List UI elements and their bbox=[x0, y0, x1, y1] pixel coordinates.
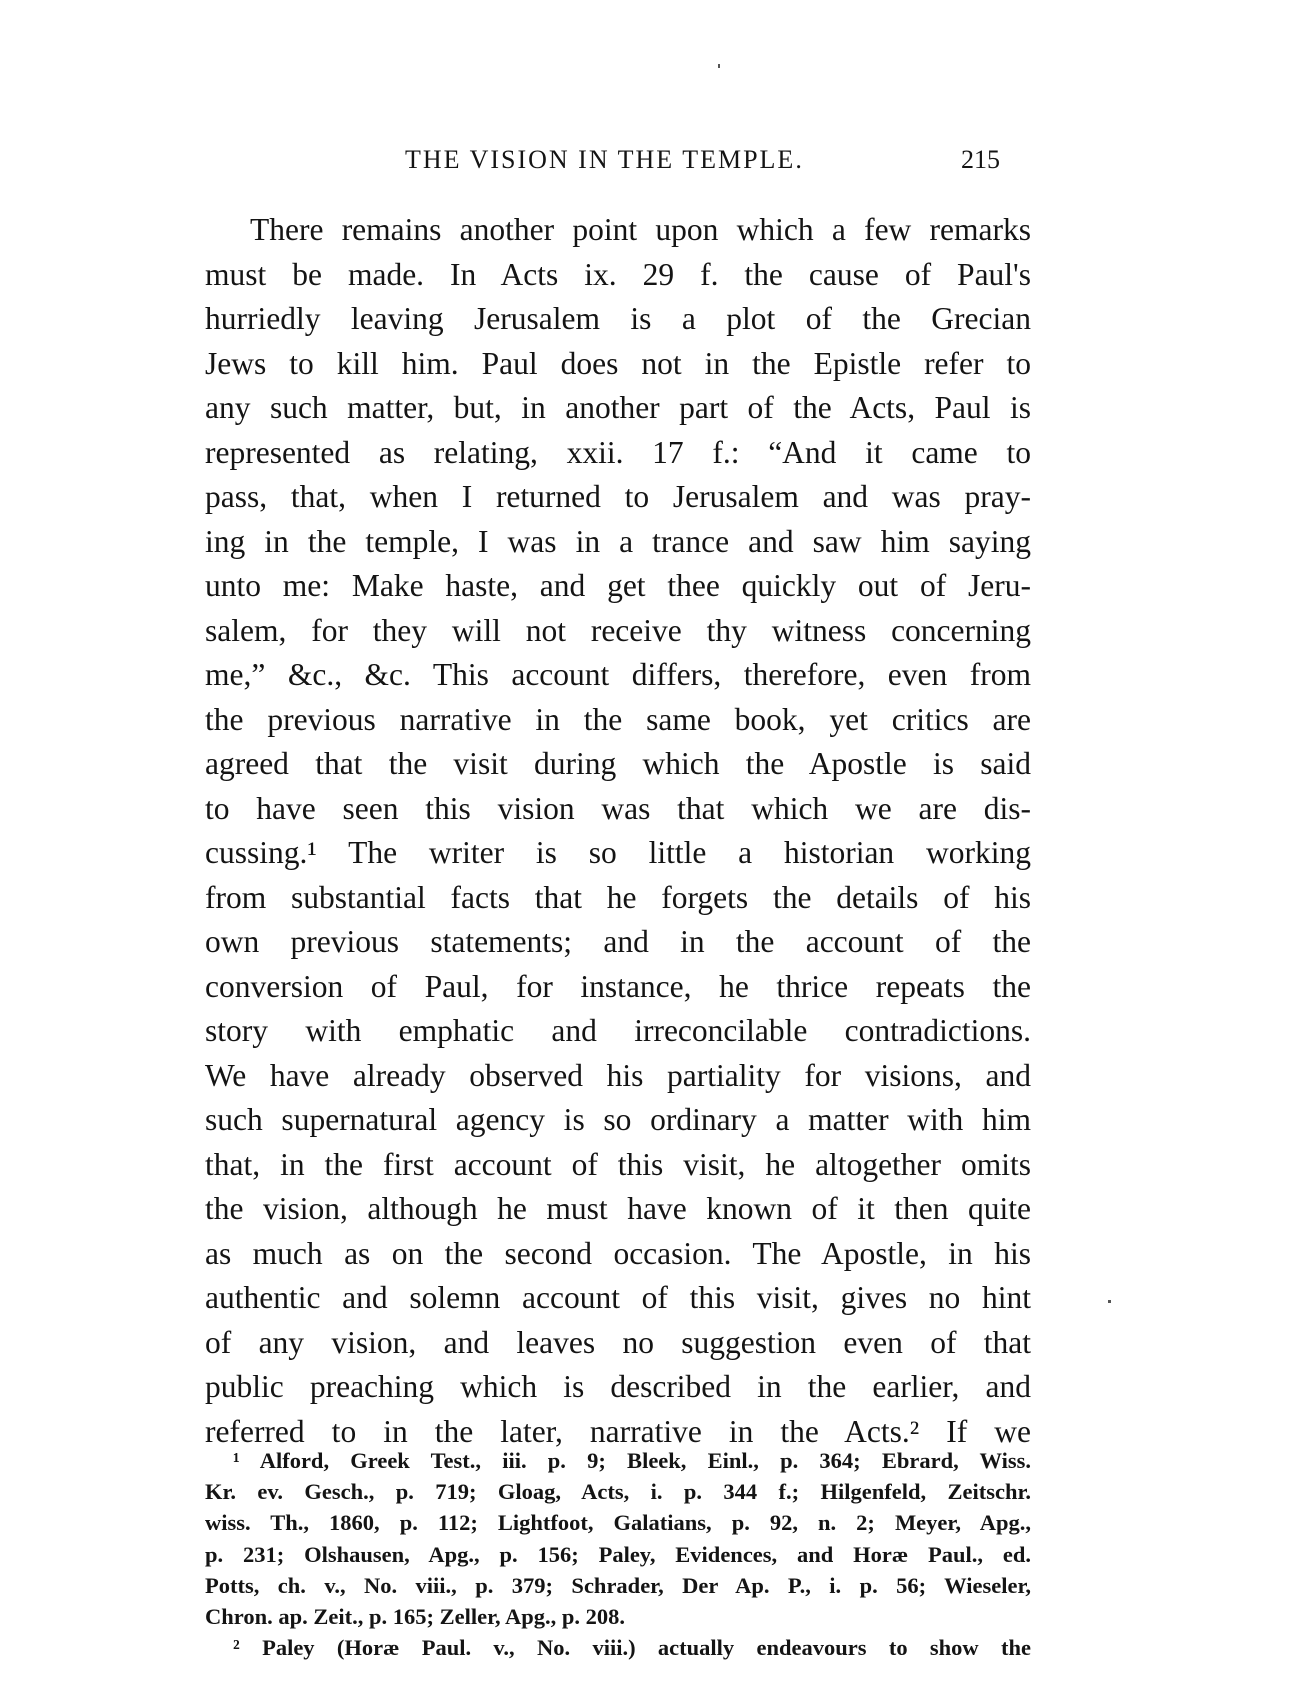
text-line: of any vision, and leaves no suggestion … bbox=[205, 1321, 1031, 1366]
text-line: There remains another point upon which a… bbox=[205, 208, 1031, 253]
footnote-1-line: wiss. Th., 1860, p. 112; Lightfoot, Gala… bbox=[205, 1507, 1031, 1538]
text-line: ing in the temple, I was in a trance and… bbox=[205, 520, 1031, 565]
footnote-1-line: p. 231; Olshausen, Apg., p. 156; Paley, … bbox=[205, 1539, 1031, 1570]
footnotes: ¹ Alford, Greek Test., iii. p. 9; Bleek,… bbox=[205, 1445, 1031, 1663]
footnote-1-line: Kr. ev. Gesch., p. 719; Gloag, Acts, i. … bbox=[205, 1476, 1031, 1507]
page-header: THE VISION IN THE TEMPLE. 215 bbox=[190, 145, 1030, 185]
text-line: must be made. In Acts ix. 29 f. the caus… bbox=[205, 253, 1031, 298]
text-line: agreed that the visit during which the A… bbox=[205, 742, 1031, 787]
footnote-1-line: Chron. ap. Zeit., p. 165; Zeller, Apg., … bbox=[205, 1601, 1031, 1632]
scan-speck bbox=[1108, 1300, 1111, 1303]
text-line: conversion of Paul, for instance, he thr… bbox=[205, 965, 1031, 1010]
text-line: such supernatural agency is so ordinary … bbox=[205, 1098, 1031, 1143]
text-line: cussing.¹ The writer is so little a hist… bbox=[205, 831, 1031, 876]
text-line: public preaching which is described in t… bbox=[205, 1365, 1031, 1410]
text-line: the previous narrative in the same book,… bbox=[205, 698, 1031, 743]
page-number: 215 bbox=[961, 145, 1000, 175]
text-line: any such matter, but, in another part of… bbox=[205, 386, 1031, 431]
text-line: pass, that, when I returned to Jerusalem… bbox=[205, 475, 1031, 520]
footnote-2-line: ² Paley (Horæ Paul. v., No. viii.) actua… bbox=[205, 1632, 1031, 1663]
text-line: hurriedly leaving Jerusalem is a plot of… bbox=[205, 297, 1031, 342]
text-line: story with emphatic and irreconcilable c… bbox=[205, 1009, 1031, 1054]
text-line: that, in the first account of this visit… bbox=[205, 1143, 1031, 1188]
scan-speck bbox=[718, 64, 720, 68]
text-line: to have seen this vision was that which … bbox=[205, 787, 1031, 832]
text-line: unto me: Make haste, and get thee quickl… bbox=[205, 564, 1031, 609]
text-line: Jews to kill him. Paul does not in the E… bbox=[205, 342, 1031, 387]
body-text: There remains another point upon which a… bbox=[205, 208, 1031, 1454]
footnote-1-line: ¹ Alford, Greek Test., iii. p. 9; Bleek,… bbox=[205, 1445, 1031, 1476]
footnote-1-line: Potts, ch. v., No. viii., p. 379; Schrad… bbox=[205, 1570, 1031, 1601]
text-line: own previous statements; and in the acco… bbox=[205, 920, 1031, 965]
book-page: THE VISION IN THE TEMPLE. 215 There rema… bbox=[0, 0, 1292, 1700]
text-line: from substantial facts that he forgets t… bbox=[205, 876, 1031, 921]
text-line: me,” &c., &c. This account differs, ther… bbox=[205, 653, 1031, 698]
text-line: authentic and solemn account of this vis… bbox=[205, 1276, 1031, 1321]
text-line: as much as on the second occasion. The A… bbox=[205, 1232, 1031, 1277]
text-line: We have already observed his partiality … bbox=[205, 1054, 1031, 1099]
text-line: salem, for they will not receive thy wit… bbox=[205, 609, 1031, 654]
text-line: the vision, although he must have known … bbox=[205, 1187, 1031, 1232]
text-line: represented as relating, xxii. 17 f.: “A… bbox=[205, 431, 1031, 476]
running-title: THE VISION IN THE TEMPLE. bbox=[405, 145, 804, 175]
